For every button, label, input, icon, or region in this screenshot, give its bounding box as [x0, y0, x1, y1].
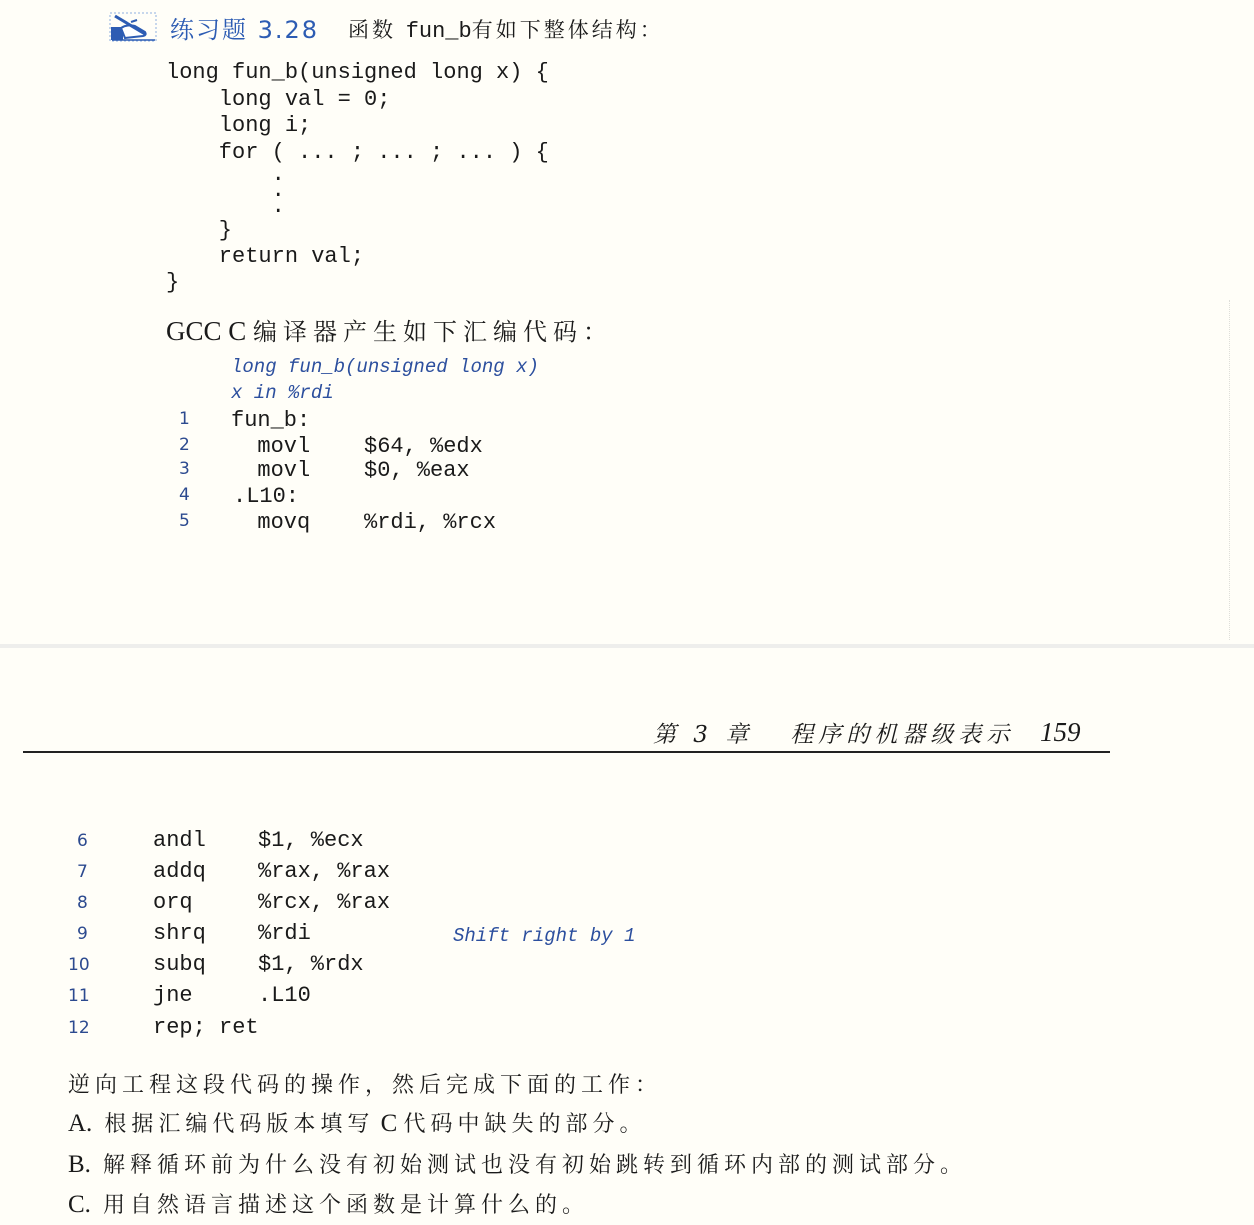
asm-op: orq: [153, 890, 193, 915]
header-rule: [23, 751, 1110, 753]
intro-sentence: GCC C 编译器产生如下汇编代码：: [166, 312, 613, 347]
asm-line-comment: Shift right by 1: [453, 925, 635, 947]
code-line: }: [166, 218, 232, 244]
asm-op: movl: [231, 458, 310, 483]
page-number: 159: [1040, 717, 1081, 748]
question-text: 根据汇编代码版本填写: [104, 1112, 374, 1137]
question-latin: C: [374, 1110, 403, 1137]
code-line: .: [166, 194, 285, 220]
code-line: return val;: [166, 244, 364, 270]
question-a: A. 根据汇编代码版本填写 C 代码中缺失的部分。: [68, 1107, 647, 1138]
asm-args: $0, %eax: [364, 458, 470, 483]
question-letter: A.: [68, 1110, 92, 1137]
asm-op: jne: [153, 983, 193, 1008]
line-number: 6: [77, 831, 88, 851]
code-line: long val = 0;: [166, 87, 390, 113]
asm-args: %rdi: [258, 921, 311, 946]
question-text: 解释循环前为什么没有初始测试也没有初始跳转到循环内部的测试部分。: [103, 1153, 967, 1178]
line-number: 7: [77, 862, 88, 882]
asm-op: andl: [153, 828, 206, 853]
asm-op: subq: [153, 952, 206, 977]
question-letter: C.: [68, 1191, 91, 1218]
description-code: fun_b: [406, 19, 472, 44]
asm-args: %rdi, %rcx: [364, 510, 496, 535]
line-number: 3: [179, 459, 190, 479]
asm-op: movl: [231, 434, 310, 459]
exercise-description: 函数 fun_b有如下整体结构：: [348, 14, 664, 44]
question-text: 代码中缺失的部分。: [404, 1112, 647, 1137]
page-edge-mark: [1229, 300, 1231, 640]
asm-label: .L10:: [233, 484, 299, 509]
asm-op: fun_b:: [231, 408, 310, 433]
question-text: 用自然语言描述这个函数是计算什么的。: [103, 1193, 589, 1218]
code-line: long fun_b(unsigned long x) {: [166, 60, 549, 86]
exercise-label: 练习题 3.28: [170, 10, 319, 45]
question-letter: B.: [68, 1151, 91, 1178]
pencil-hand-icon: [109, 12, 157, 42]
asm-op: shrq: [153, 921, 206, 946]
intro-chinese: 编译器产生如下汇编代码：: [253, 318, 613, 346]
asm-signature-comment: long fun_b(unsigned long x): [231, 356, 539, 378]
asm-args: %rax, %rax: [258, 859, 390, 884]
description-suffix: 有如下整体结构：: [472, 18, 664, 42]
asm-args: .L10: [258, 983, 311, 1008]
asm-args: $64, %edx: [364, 434, 483, 459]
asm-args: %rcx, %rax: [258, 890, 390, 915]
asm-args: $1, %rdx: [258, 952, 364, 977]
code-line: }: [166, 270, 179, 296]
asm-op: rep; ret: [153, 1015, 259, 1040]
line-number: 2: [179, 435, 190, 455]
line-number: 9: [77, 924, 88, 944]
asm-op: addq: [153, 859, 206, 884]
line-number: 11: [68, 986, 90, 1006]
asm-register-comment: x in %rdi: [231, 382, 334, 404]
code-line: long i;: [166, 113, 311, 139]
questions-lead: 逆向工程这段代码的操作，然后完成下面的工作：: [68, 1068, 662, 1099]
line-number: 5: [179, 511, 190, 531]
running-head-chapter: 第 3 章 程序的机器级表示: [653, 716, 1014, 749]
line-number: 12: [68, 1018, 90, 1038]
line-number: 4: [179, 485, 190, 505]
intro-latin: GCC C: [166, 316, 253, 346]
asm-op: movq: [231, 510, 310, 535]
asm-args: $1, %ecx: [258, 828, 364, 853]
line-number: 8: [77, 893, 88, 913]
question-b: B. 解释循环前为什么没有初始测试也没有初始跳转到循环内部的测试部分。: [68, 1148, 967, 1179]
question-c: C. 用自然语言描述这个函数是计算什么的。: [68, 1188, 589, 1219]
description-prefix: 函数: [348, 18, 406, 42]
line-number: 1: [179, 409, 190, 429]
line-number: 10: [68, 955, 90, 975]
